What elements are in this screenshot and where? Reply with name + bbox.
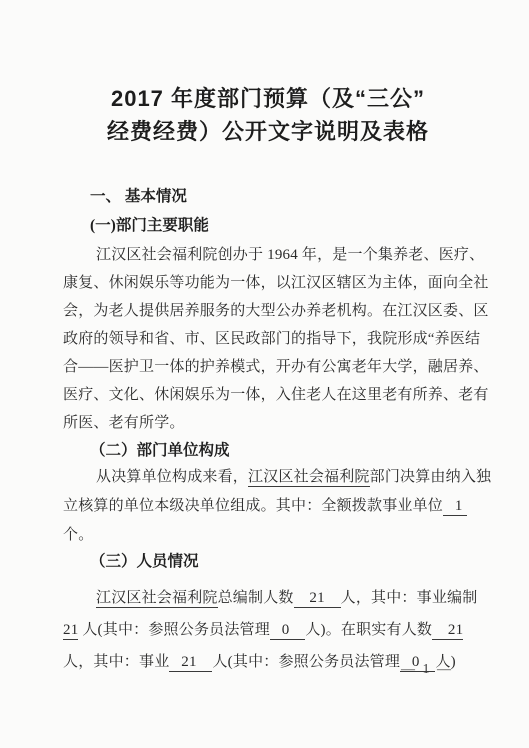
underlined-org-name: 江汉区社会福利院 [248, 469, 370, 487]
section-heading-basic-info: 一、 基本情况 [63, 185, 473, 209]
underlined-value-career-staff: 21 [63, 622, 78, 640]
underlined-value-career-active: 21 [169, 654, 212, 672]
underlined-value-units-count: 1 [443, 498, 467, 516]
text-segment: 人(其中：参照公务员法管理 [78, 622, 270, 638]
underlined-value-civil-service: 0 [270, 622, 305, 640]
paragraph-line: 合——医护卫一体的护养模式，开办有公寓老年大学，融居养、 [63, 353, 473, 381]
paragraph-line: 江汉区社会福利院总编制人数 21 人，其中：事业编制 [63, 582, 473, 614]
paragraph-line: 会，为老人提供居养服务的大型公办养老机构。在江汉区委、区 [63, 297, 473, 325]
document-page: 2017 年度部门预算（及“三公” 经费经费）公开文字说明及表格 一、 基本情况… [0, 0, 529, 748]
section-heading-personnel: （三）人员情况 [63, 550, 473, 574]
underlined-value-total-staff: 21 [294, 590, 341, 608]
paragraph-department-functions: 江汉区社会福利院创办于 1964 年，是一个集养老、医疗、 康复、休闲娱乐等功能… [63, 241, 473, 437]
text-segment: 总编制人数 [218, 590, 294, 606]
document-title-line-2: 经费经费）公开文字说明及表格 [63, 115, 473, 148]
underlined-value-active-staff: 21 [432, 622, 463, 640]
paragraph-line: 江汉区社会福利院创办于 1964 年，是一个集养老、医疗、 [63, 241, 473, 269]
text-segment: 立核算的单位本级决单位组成。其中：全额拨款事业单位 [63, 498, 443, 514]
underlined-org-name: 江汉区社会福利院 [96, 590, 218, 608]
section-heading-unit-composition: （二）部门单位构成 [63, 439, 473, 463]
text-segment: 人(其中：参照公务员法管理 [212, 654, 400, 670]
paragraph-line: 医疗、文化、休闲娱乐为一体，入住老人在这里老有所养、老有 [63, 381, 473, 409]
paragraph-line: 个。 [63, 521, 473, 550]
page-number: — 1 — [401, 662, 453, 678]
paragraph-line: 政府的领导和省、市、区民政部门的指导下，我院形成“养医结 [63, 325, 473, 353]
text-segment: 人)。在职实有人数 [305, 622, 432, 638]
paragraph-line: 21 人(其中：参照公务员法管理 0 人)。在职实有人数 21 [63, 614, 473, 646]
paragraph-unit-composition: 从决算单位构成来看，江汉区社会福利院部门决算由纳入独 立核算的单位本级决单位组成… [63, 463, 473, 550]
text-segment: 人，其中：事业编制 [341, 590, 478, 606]
section-heading-department-functions: (一)部门主要职能 [63, 214, 473, 238]
paragraph-line: 从决算单位构成来看，江汉区社会福利院部门决算由纳入独 [63, 463, 473, 492]
text-segment: 人，其中：事业 [63, 654, 169, 670]
text-segment: 从决算单位构成来看， [96, 469, 248, 485]
paragraph-line: 立核算的单位本级决单位组成。其中：全额拨款事业单位 1 [63, 492, 473, 521]
paragraph-line: 所医、老有所学。 [63, 409, 473, 437]
document-title: 2017 年度部门预算（及“三公” 经费经费）公开文字说明及表格 [63, 0, 473, 148]
paragraph-line: 康复、休闲娱乐等功能为一体，以江汉区辖区为主体，面向全社 [63, 269, 473, 297]
document-title-line-1: 2017 年度部门预算（及“三公” [63, 82, 473, 115]
text-segment: 部门决算由纳入独 [370, 469, 492, 485]
